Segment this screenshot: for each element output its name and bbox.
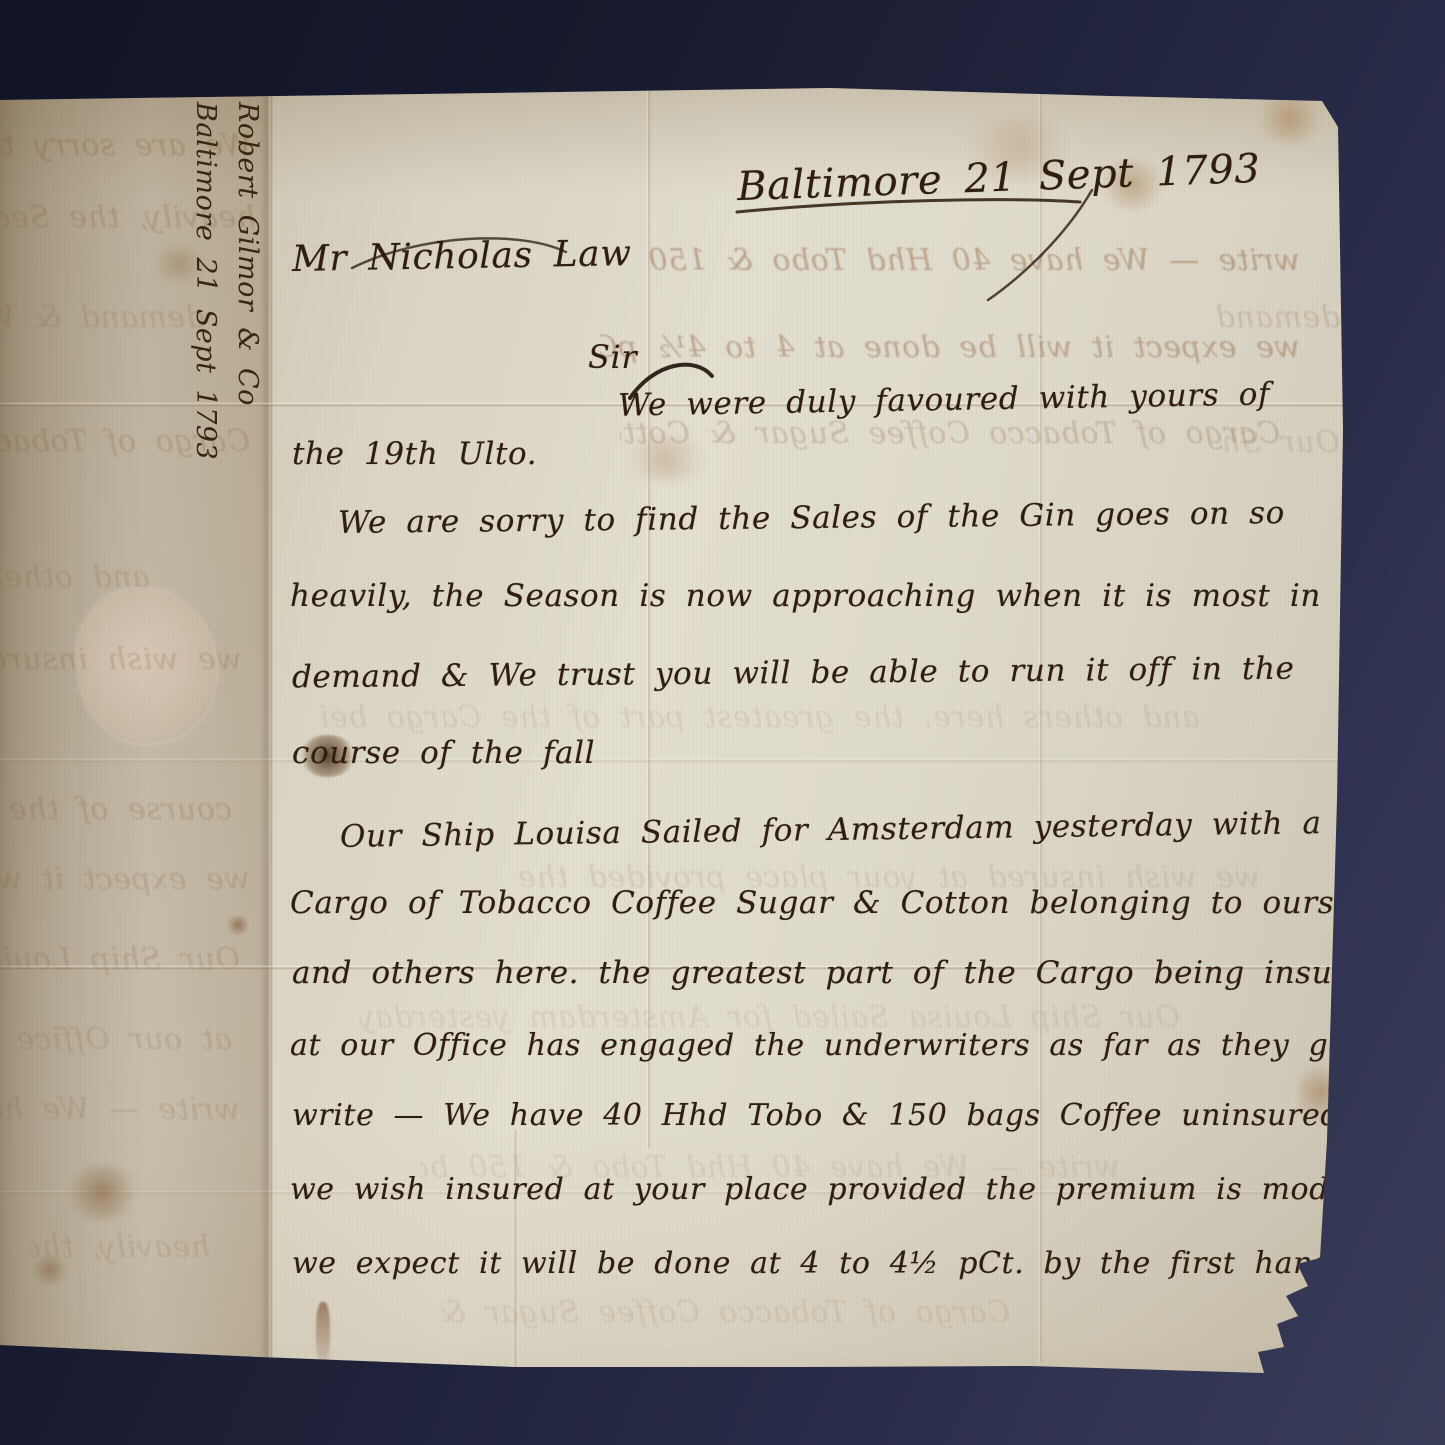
photo-backdrop: write — We have 40 Hhd Tobo & 150 bags C…	[0, 0, 1445, 1445]
paper-edge-vignette	[0, 0, 1445, 1445]
letter-paper: write — We have 40 Hhd Tobo & 150 bags C…	[0, 0, 1445, 1445]
